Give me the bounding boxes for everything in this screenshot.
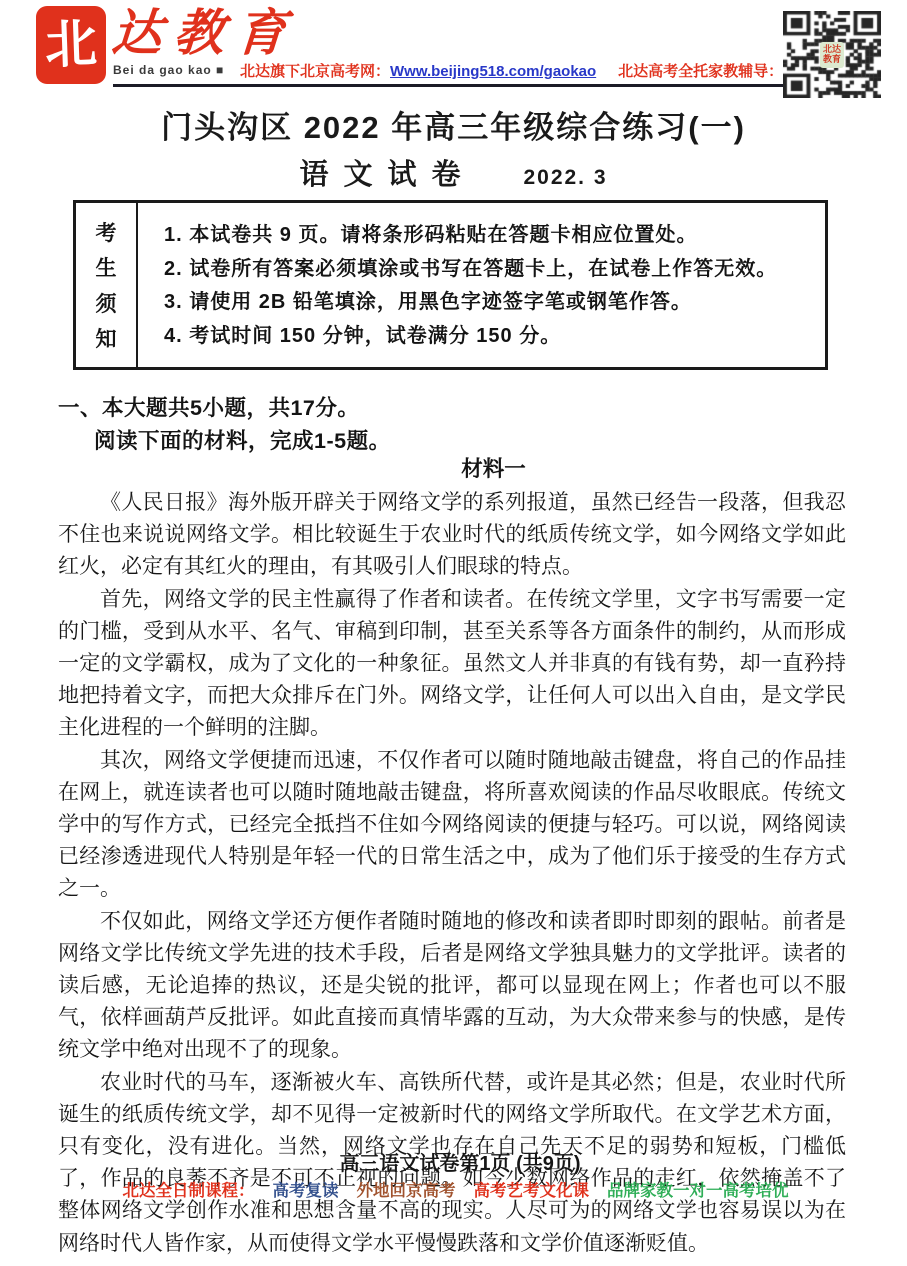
promo-segment: 北达全日制课程： (123, 1182, 255, 1200)
material-paragraph: 其次，网络文学便捷而迅速，不仅作者可以随时随地敲击键盘，将自己的作品挂在网上，就… (58, 744, 846, 905)
section-heading: 一、本大题共5小题，共17分。 (58, 391, 359, 422)
brand-calligraphy: 达教育 (110, 0, 301, 66)
notice-side-char: 须 (96, 288, 117, 318)
promo-segment: 外地回京高考 (357, 1182, 456, 1200)
qr-logo-text-top: 北达 (823, 45, 841, 55)
qr-code: 北达 教育 (783, 11, 881, 98)
examinee-notice-box: 考 生 须 知 1. 本试卷共 9 页。请将条形码粘贴在答题卡相应位置处。 2.… (73, 200, 828, 370)
promo-segment: 品牌家教一对一高考培优 (607, 1182, 789, 1200)
material-text: 《人民日报》海外版开辟关于网络文学的系列报道，虽然已经告一段落，但我忍不住也来说… (58, 486, 846, 1259)
notice-side-char: 知 (96, 323, 117, 353)
brand-seal-logo: 北 (38, 8, 104, 82)
section-subheading: 阅读下面的材料，完成1-5题。 (94, 424, 391, 455)
exam-title: 门头沟区 2022 年高三年级综合练习(一) (0, 102, 907, 147)
notice-item: 1. 本试卷共 9 页。请将条形码粘贴在答题卡相应位置处。 (164, 218, 815, 247)
material-paragraph: 《人民日报》海外版开辟关于网络文学的系列报道，虽然已经告一段落，但我忍不住也来说… (58, 486, 846, 583)
qr-center-logo: 北达 教育 (820, 42, 844, 68)
notice-item: 2. 试卷所有答案必须填涂或书写在答题卡上，在试卷上作答无效。 (164, 252, 815, 281)
seal-character: 北 (44, 18, 98, 72)
material-paragraph: 首先，网络文学的民主性赢得了作者和读者。在传统文学里，文字书写需要一定的门槛，受… (58, 583, 846, 744)
header-divider-rule (113, 84, 786, 87)
notice-item: 3. 请使用 2B 铅笔填涂，用黑色字迹签字笔或钢笔作答。 (164, 285, 815, 314)
site-label: 北达旗下北京高考网： (240, 63, 390, 80)
notice-item: 4. 考试时间 150 分钟，试卷满分 150 分。 (164, 319, 815, 348)
exam-date: 2022. 3 (523, 166, 607, 189)
notice-side-char: 生 (96, 252, 117, 282)
exam-paper-page: 北 达教育 Bei da gao kao ■ 北达旗下北京高考网：Www.bei… (0, 0, 907, 1266)
exam-subtitle-row: 语文试卷2022. 3 (0, 152, 907, 193)
page-number-info: 高三语文试卷第1页 (共9页) (0, 1147, 907, 1176)
material-title: 材料一 (40, 452, 907, 483)
material-paragraph: 不仅如此，网络文学还方便作者随时随地的修改和读者即时即刻的跟帖。前者是网络文学比… (58, 905, 846, 1066)
footer-promo-line: 北达全日制课程：高考复读外地回京高考高考艺考文化课品牌家教一对一高考培优 (0, 1177, 907, 1201)
promo-segment: 高考艺考文化课 (474, 1182, 590, 1200)
notice-side-label: 考 生 须 知 (76, 203, 138, 367)
brand-pinyin-label: Bei da gao kao ■ (113, 63, 224, 77)
promo-segment: 高考复读 (273, 1182, 339, 1200)
qr-logo-text-bottom: 教育 (823, 55, 841, 65)
notice-side-char: 考 (96, 217, 117, 247)
site-link[interactable]: Www.beijing518.com/gaokao (390, 63, 596, 80)
notice-item-list: 1. 本试卷共 9 页。请将条形码粘贴在答题卡相应位置处。 2. 试卷所有答案必… (138, 203, 825, 367)
subject-title: 语文试卷 (299, 159, 475, 191)
